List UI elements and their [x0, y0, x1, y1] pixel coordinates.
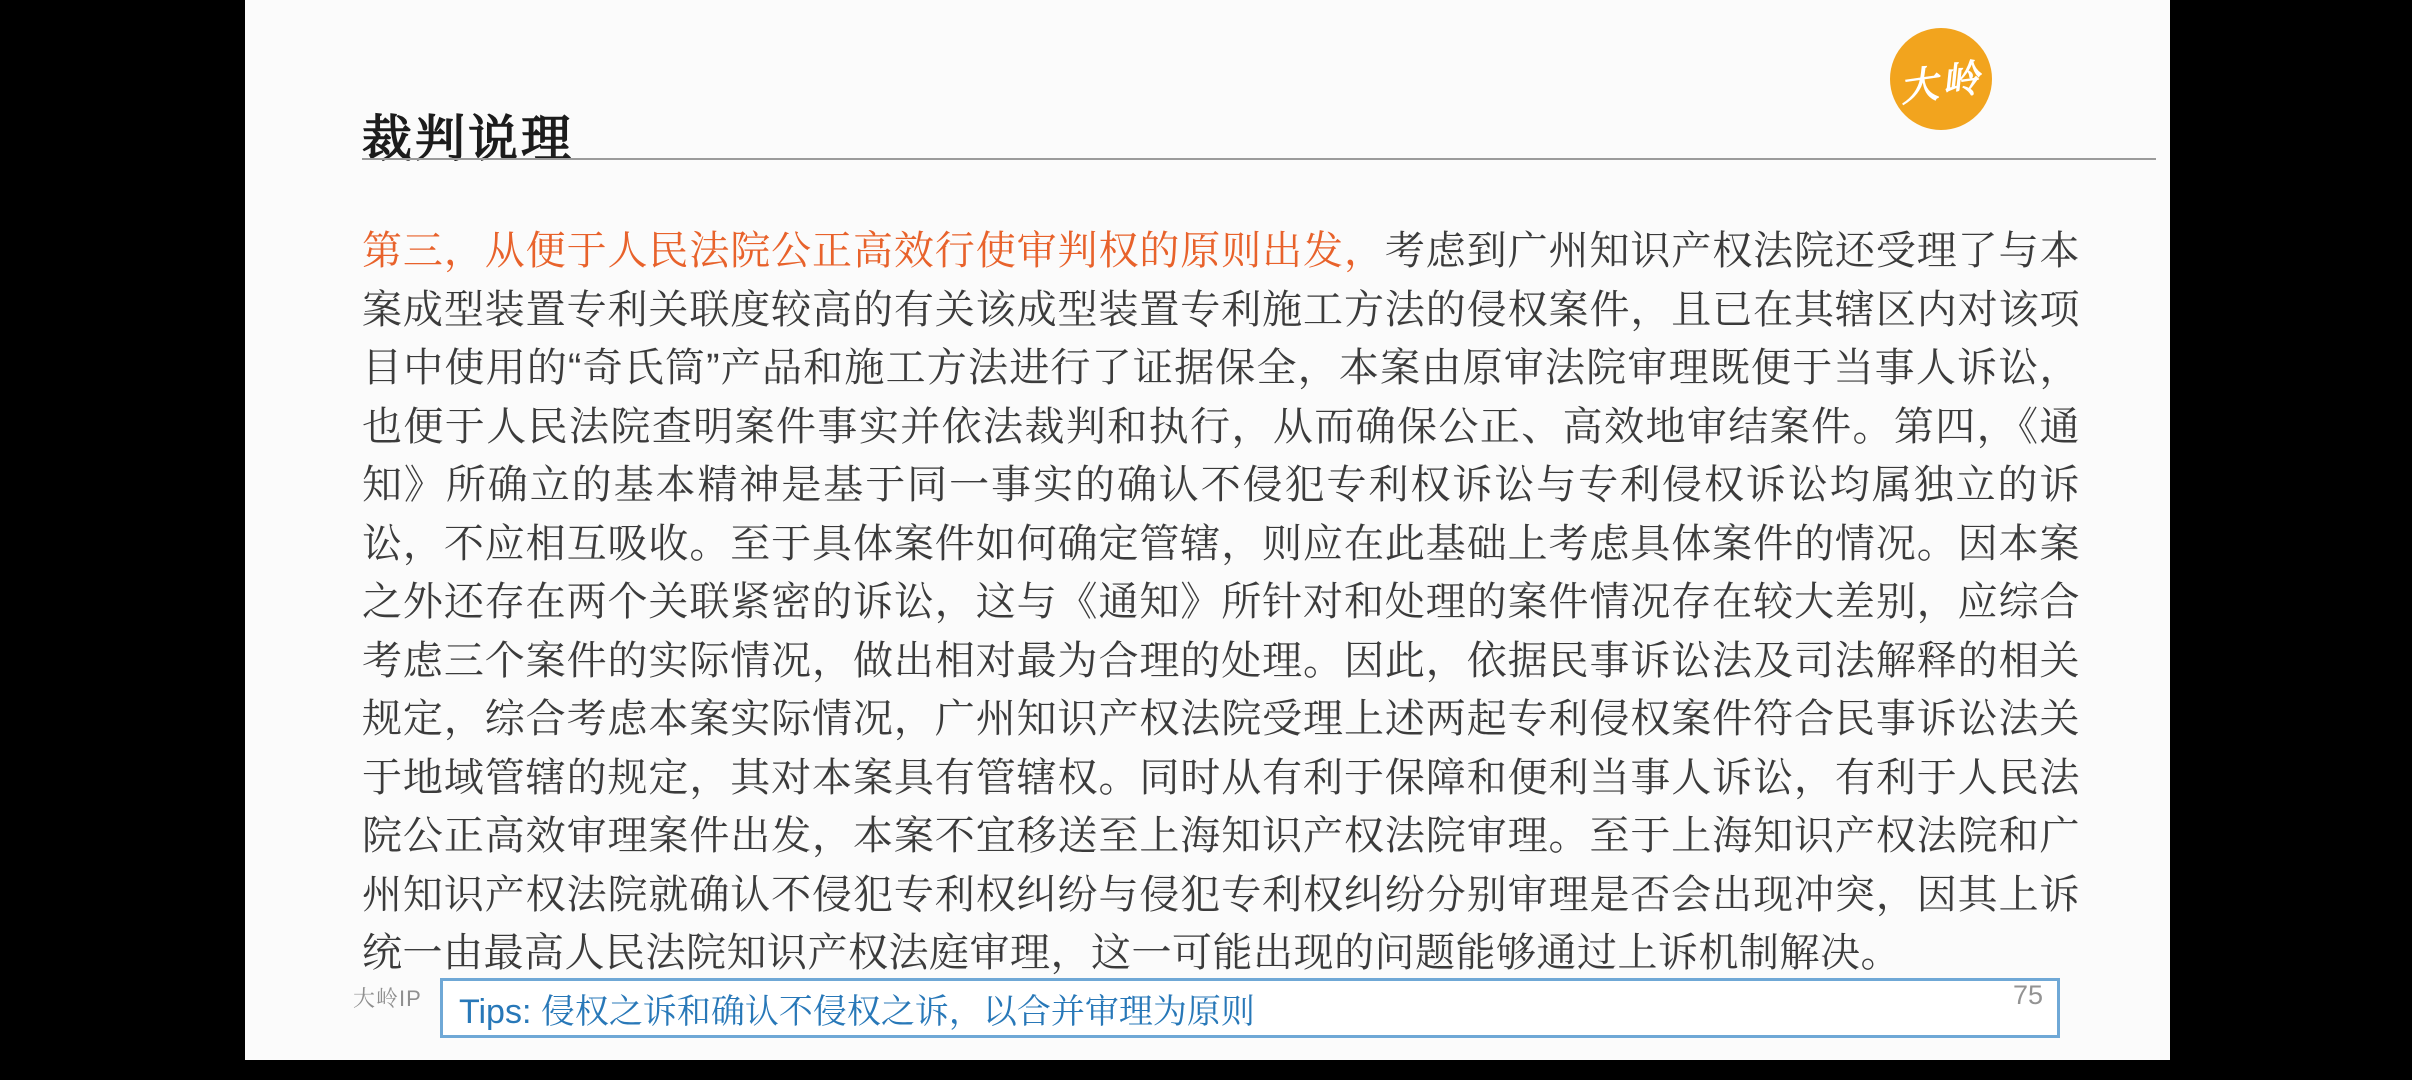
brand-logo-text: 大岭 — [1896, 46, 1987, 112]
tips-callout-box: Tips: 侵权之诉和确认不侵权之诉，以合并审理为原则 — [440, 978, 2060, 1038]
judgment-reasoning-paragraph: 第三，从便于人民法院公正高效行使审判权的原则出发，考虑到广州知识产权法院还受理了… — [362, 222, 2080, 983]
footer-brand-label: 大岭IP — [353, 982, 422, 1013]
brand-logo: 大岭 — [1890, 28, 1992, 130]
presentation-slide: 大岭 裁判说理 第三，从便于人民法院公正高效行使审判权的原则出发，考虑到广州知识… — [245, 0, 2170, 1060]
letterbox-bottom — [0, 1060, 2412, 1080]
letterbox-left — [0, 0, 245, 1080]
tips-text: Tips: 侵权之诉和确认不侵权之诉，以合并审理为原则 — [443, 984, 1255, 1033]
paragraph-body-text: 考虑到广州知识产权法院还受理了与本案成型装置专利关联度较高的有关该成型装置专利施… — [362, 229, 2080, 975]
video-frame: 大岭 裁判说理 第三，从便于人民法院公正高效行使审判权的原则出发，考虑到广州知识… — [0, 0, 2412, 1080]
page-number: 75 — [2013, 980, 2043, 1011]
title-divider — [362, 158, 2156, 160]
highlighted-lead-sentence: 第三，从便于人民法院公正高效行使审判权的原则出发， — [362, 229, 1385, 273]
letterbox-right — [2170, 0, 2412, 1080]
